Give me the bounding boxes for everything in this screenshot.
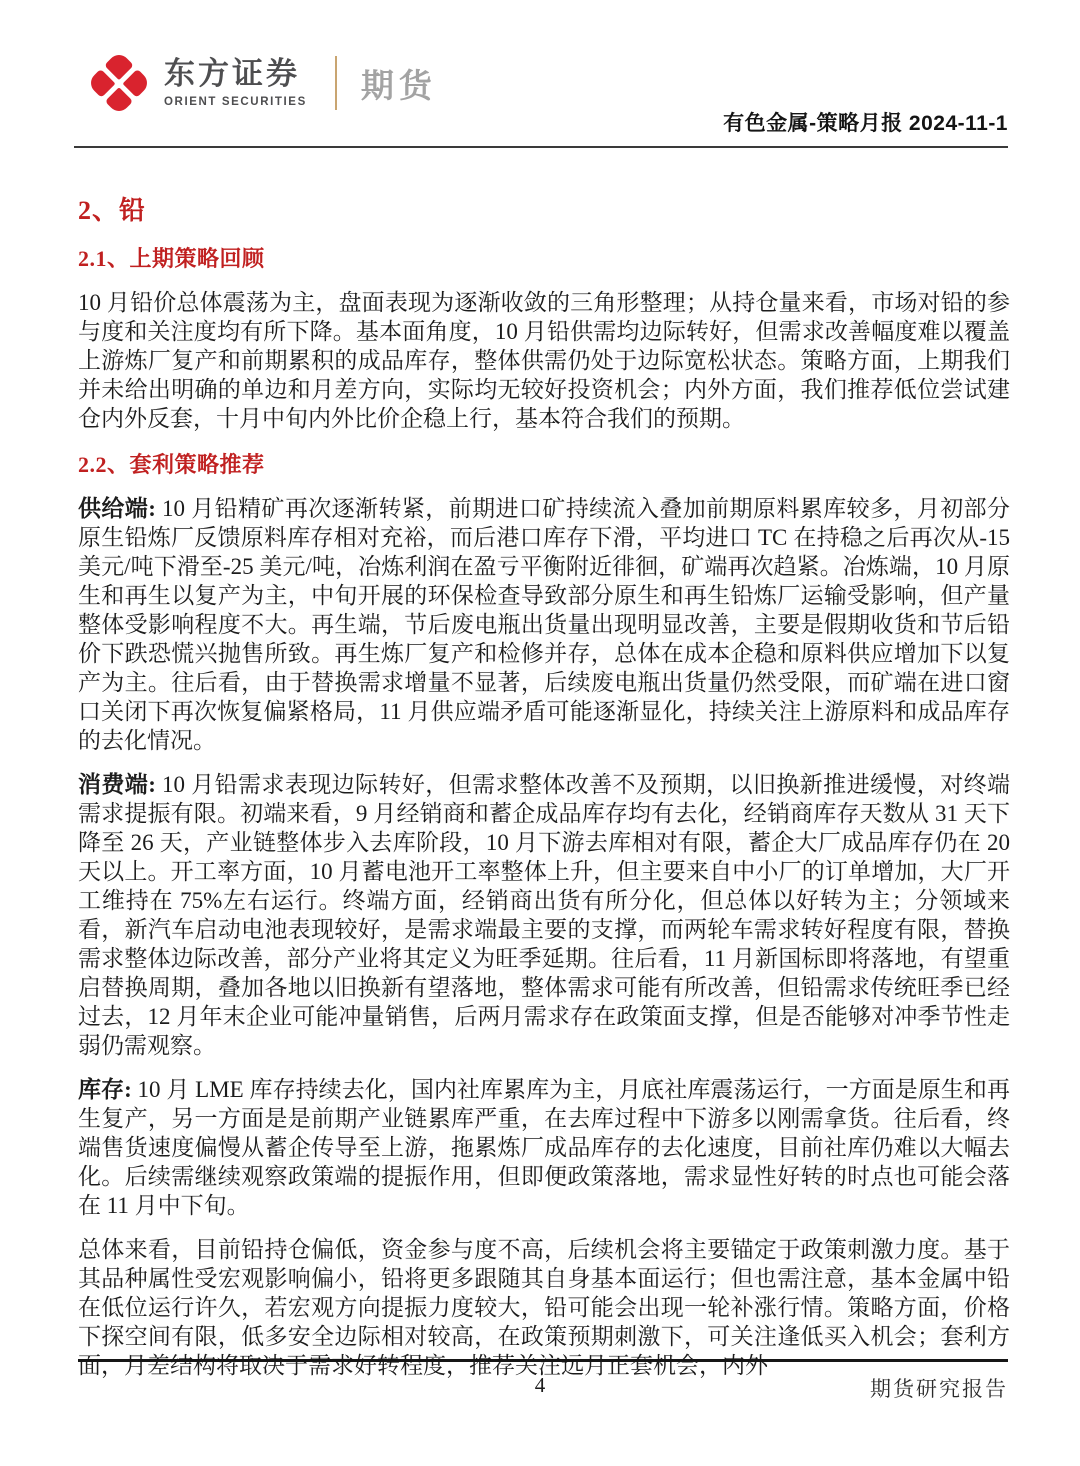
paragraph-text-consumption: 10 月铅需求表现边际转好，但需求整体改善不及预期，以旧换新推进缓慢，对终端需求… bbox=[78, 772, 1010, 1058]
report-page: 东方证券 ORIENT SECURITIES 期货 有色金属-策略月报 2024… bbox=[0, 0, 1080, 1466]
footer-rule bbox=[78, 1359, 1008, 1362]
paragraph-text-supply: 10 月铅精矿再次逐渐转紧，前期进口矿持续流入叠加前期原料累库较多，月初部分原生… bbox=[78, 496, 1010, 753]
report-body: 2、铅 2.1、上期策略回顾 10 月铅价总体震荡为主，盘面表现为逐渐收敛的三角… bbox=[78, 190, 1010, 1395]
paragraph-supply: 供给端: 10 月铅精矿再次逐渐转紧，前期进口矿持续流入叠加前期原料累库较多，月… bbox=[78, 494, 1010, 755]
paragraph-strategy-review: 10 月铅价总体震荡为主，盘面表现为逐渐收敛的三角形整理；从持仓量来看，市场对铅… bbox=[78, 288, 1010, 433]
paragraph-text-overall: 总体来看，目前铅持仓偏低，资金参与度不高，后续机会将主要锚定于政策刺激力度。基于… bbox=[78, 1237, 1010, 1378]
logo-petal bbox=[105, 87, 134, 116]
paragraph-text-inventory: 10 月 LME 库存持续去化，国内社库累库为主，月底社库震荡运行，一方面是原生… bbox=[78, 1077, 1010, 1218]
paragraph-inventory: 库存: 10 月 LME 库存持续去化，国内社库累库为主，月底社库震荡运行，一方… bbox=[78, 1075, 1010, 1220]
business-unit-label: 期货 bbox=[361, 60, 437, 107]
brand-name-en: ORIENT SECURITIES bbox=[164, 96, 307, 108]
header-rule bbox=[74, 146, 1008, 148]
header-logo: 东方证券 ORIENT SECURITIES 期货 bbox=[88, 52, 437, 114]
brand-text: 东方证券 ORIENT SECURITIES bbox=[164, 58, 307, 108]
orient-securities-logo-icon bbox=[86, 50, 151, 115]
section-title: 2、铅 bbox=[78, 190, 1010, 227]
subsection-title-2-2: 2.2、套利策略推荐 bbox=[78, 448, 1010, 479]
paragraph-label-consumption: 消费端: bbox=[78, 772, 162, 797]
paragraph-label-supply: 供给端: bbox=[78, 496, 162, 521]
brand-name-cn: 东方证券 bbox=[164, 58, 307, 91]
paragraph-consumption: 消费端: 10 月铅需求表现边际转好，但需求整体改善不及预期，以旧换新推进缓慢，… bbox=[78, 770, 1010, 1060]
report-tag: 有色金属-策略月报 2024-11-1 bbox=[723, 107, 1008, 137]
footer-report-type: 期货研究报告 bbox=[870, 1373, 1008, 1403]
paragraph-label-inventory: 库存: bbox=[78, 1077, 138, 1102]
logo-divider bbox=[335, 56, 337, 110]
subsection-title-2-1: 2.1、上期策略回顾 bbox=[78, 242, 1010, 273]
logo-petal bbox=[123, 69, 152, 98]
